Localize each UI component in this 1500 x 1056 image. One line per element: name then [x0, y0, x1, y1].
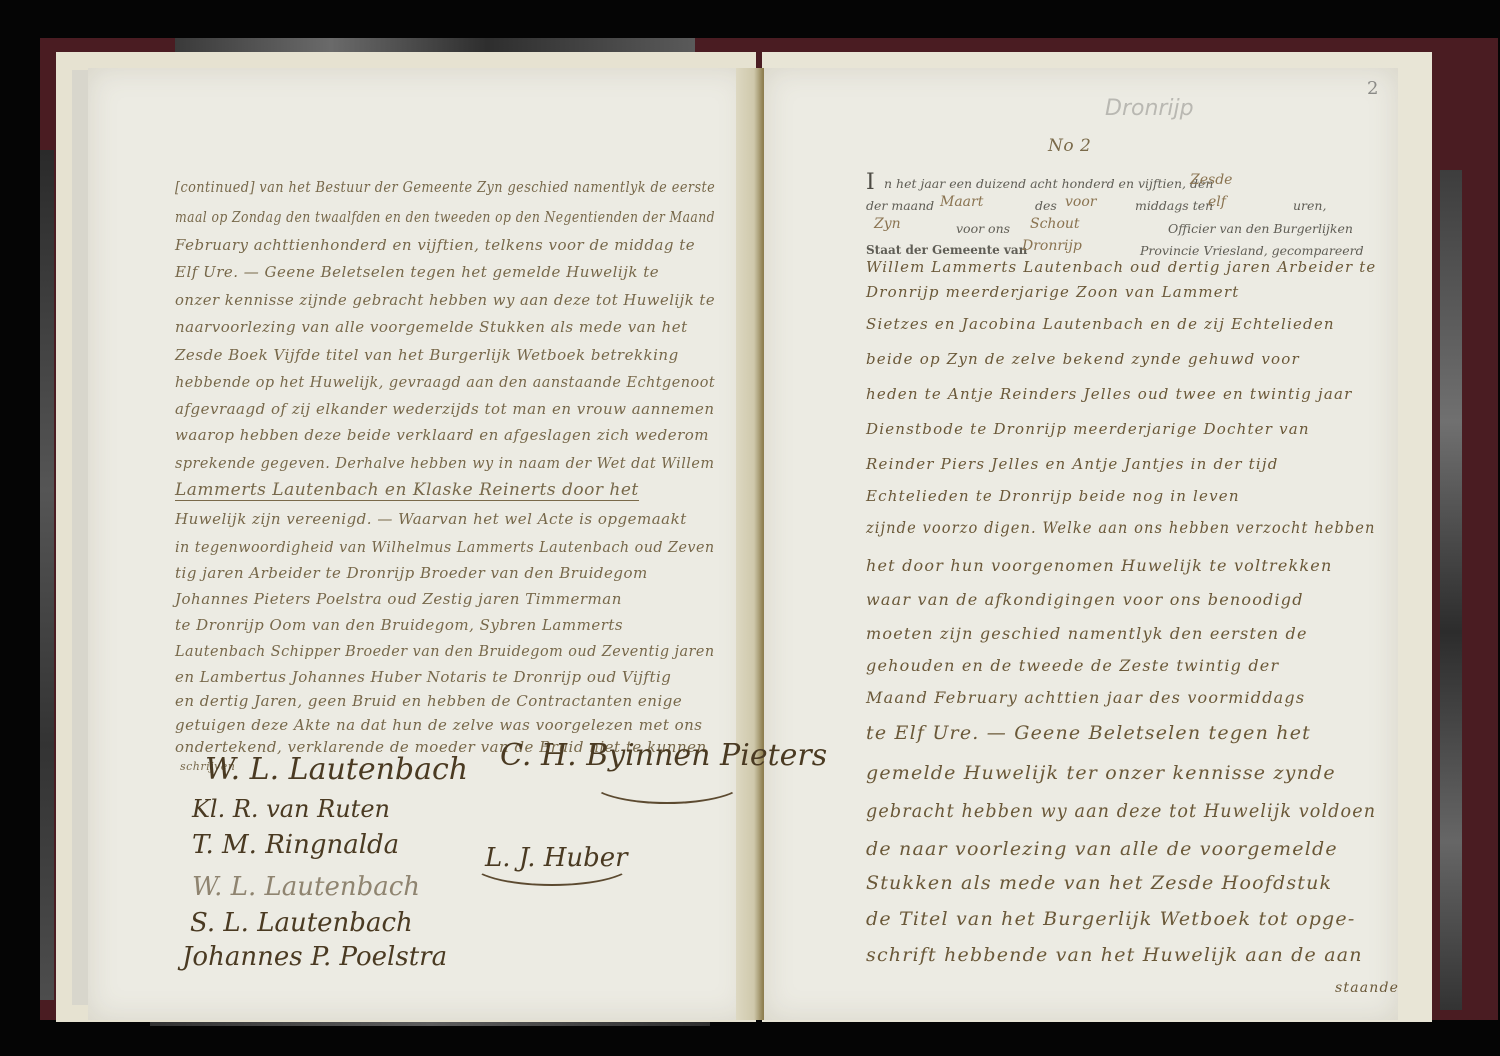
text-line: en Lambertus Johannes Huber Notaris te D… — [175, 668, 671, 686]
drop-cap: I — [866, 170, 875, 195]
text-line: February achttienhonderd en vijftien, te… — [175, 236, 695, 254]
form-line: voor ons — [956, 221, 1010, 236]
text-line: Johannes Pieters Poelstra oud Zestig jar… — [175, 590, 622, 608]
filled-municipality: Dronrijp — [1022, 238, 1082, 254]
text-line: beide op Zyn de zelve bekend zynde gehuw… — [866, 350, 1300, 368]
text-line: waar van de afkondigingen voor ons benoo… — [866, 590, 1304, 609]
signature: Kl. R. van Ruten — [192, 795, 390, 823]
text-line: gehouden en de tweede de Zeste twintig d… — [866, 656, 1279, 675]
groom-bride-names: Lammerts Lautenbach en Klaske Reinerts d… — [175, 480, 639, 501]
filled-hour-cont: Zyn — [874, 216, 901, 232]
form-line: n het jaar een duizend acht honderd en v… — [884, 176, 1213, 191]
filled-month: Maart — [940, 194, 983, 210]
filled-officer: Schout — [1030, 216, 1080, 232]
text-line: gemelde Huwelijk ter onzer kennisse zynd… — [866, 762, 1336, 784]
text-line: Echtelieden te Dronrijp beide nog in lev… — [866, 487, 1240, 505]
text-line: zijnde voorzo digen. Welke aan ons hebbe… — [866, 518, 1376, 537]
text-line: Dienstbode te Dronrijp meerderjarige Doc… — [866, 420, 1310, 438]
text-line: maal op Zondag den twaalfden en den twee… — [175, 208, 715, 226]
marbled-board-left — [40, 150, 54, 1000]
text-line: tig jaren Arbeider te Dronrijp Broeder v… — [175, 564, 648, 582]
signature-flourish — [470, 840, 634, 886]
signature: W. L. Lautenbach — [192, 872, 420, 902]
pencil-place-note: Dronrijp — [1105, 96, 1194, 121]
text-line: sprekende gegeven. Derhalve hebben wy in… — [175, 454, 715, 472]
text-line: Elf Ure. — Geene Beletselen tegen het ge… — [175, 263, 659, 281]
text-line: Lautenbach Schipper Broeder van den Brui… — [175, 642, 715, 660]
signature: S. L. Lautenbach — [190, 908, 413, 938]
book-gutter — [736, 68, 766, 1020]
catchword: staande — [1335, 980, 1399, 996]
marbled-board-top — [175, 38, 695, 52]
signature: Johannes P. Poelstra — [182, 942, 447, 972]
text-line: afgevraagd of zij elkander wederzijds to… — [175, 400, 715, 418]
text-line: hebbende op het Huwelijk, gevraagd aan d… — [175, 373, 715, 391]
text-line: Zesde Boek Vijfde titel van het Burgerli… — [175, 346, 679, 364]
form-line: Provincie Vriesland, gecompareerd — [1140, 243, 1364, 258]
page-number: 2 — [1367, 78, 1379, 99]
text-line: te Elf Ure. — Geene Beletselen tegen het — [866, 722, 1311, 744]
text-line: moeten zijn geschied namentlyk den eerst… — [866, 624, 1308, 643]
entry-number: No 2 — [1048, 136, 1091, 156]
text-line: Sietzes en Jacobina Lautenbach en de zij… — [866, 315, 1335, 333]
marbled-board-right — [1440, 170, 1462, 1010]
text-line: Dronrijp meerderjarige Zoon van Lammert — [866, 283, 1239, 301]
form-line: uren, — [1293, 198, 1326, 213]
text-line: in tegenwoordigheid van Wilhelmus Lammer… — [175, 538, 715, 556]
text-line: onzer kennisse zijnde gebracht hebben wy… — [175, 291, 715, 309]
form-line: Officier van den Burgerlijken — [1168, 221, 1353, 236]
signature-flourish — [590, 760, 744, 804]
filled-day: Zesde — [1190, 172, 1232, 188]
text-line: Stukken als mede van het Zesde Hoofdstuk — [866, 872, 1332, 894]
text-line: de Titel van het Burgerlijk Wetboek tot … — [866, 908, 1356, 930]
text-line: Huwelijk zijn vereenigd. — Waarvan het w… — [175, 510, 687, 528]
signature: T. M. Ringnalda — [192, 830, 399, 860]
filled-hour: elf — [1208, 194, 1226, 210]
text-line: Willem Lammerts Lautenbach oud dertig ja… — [866, 258, 1376, 276]
text-line: schrift hebbende van het Huwelijk aan de… — [866, 944, 1363, 966]
text-line: gebracht hebben wy aan deze tot Huwelijk… — [866, 800, 1376, 822]
text-line: Maand February achttien jaar des voormid… — [866, 688, 1305, 707]
text-line: de naar voorlezing van alle de voorgemel… — [866, 838, 1338, 860]
text-line: getuigen deze Akte na dat hun de zelve w… — [175, 716, 703, 734]
text-line: te Dronrijp Oom van den Bruidegom, Sybre… — [175, 616, 623, 634]
text-line: en dertig Jaren, geen Bruid en hebben de… — [175, 692, 682, 710]
form-line: Staat der Gemeente van — [866, 243, 1027, 257]
text-line: heden te Antje Reinders Jelles oud twee … — [866, 385, 1353, 403]
text-line: [continued] van het Bestuur der Gemeente… — [175, 178, 715, 196]
text-line: het door hun voorgenomen Huwelijk te vol… — [866, 556, 1332, 575]
form-line: middags ten — [1135, 198, 1213, 213]
text-line: Reinder Piers Jelles en Antje Jantjes in… — [866, 455, 1279, 473]
form-line: der maand — [866, 198, 934, 213]
text-line: waarop hebben deze beide verklaard en af… — [175, 426, 709, 444]
form-line: des — [1035, 198, 1057, 213]
filled-part-of-day: voor — [1065, 194, 1096, 210]
text-line: naarvoorlezing van alle voorgemelde Stuk… — [175, 318, 688, 336]
signature: W. L. Lautenbach — [205, 752, 468, 787]
